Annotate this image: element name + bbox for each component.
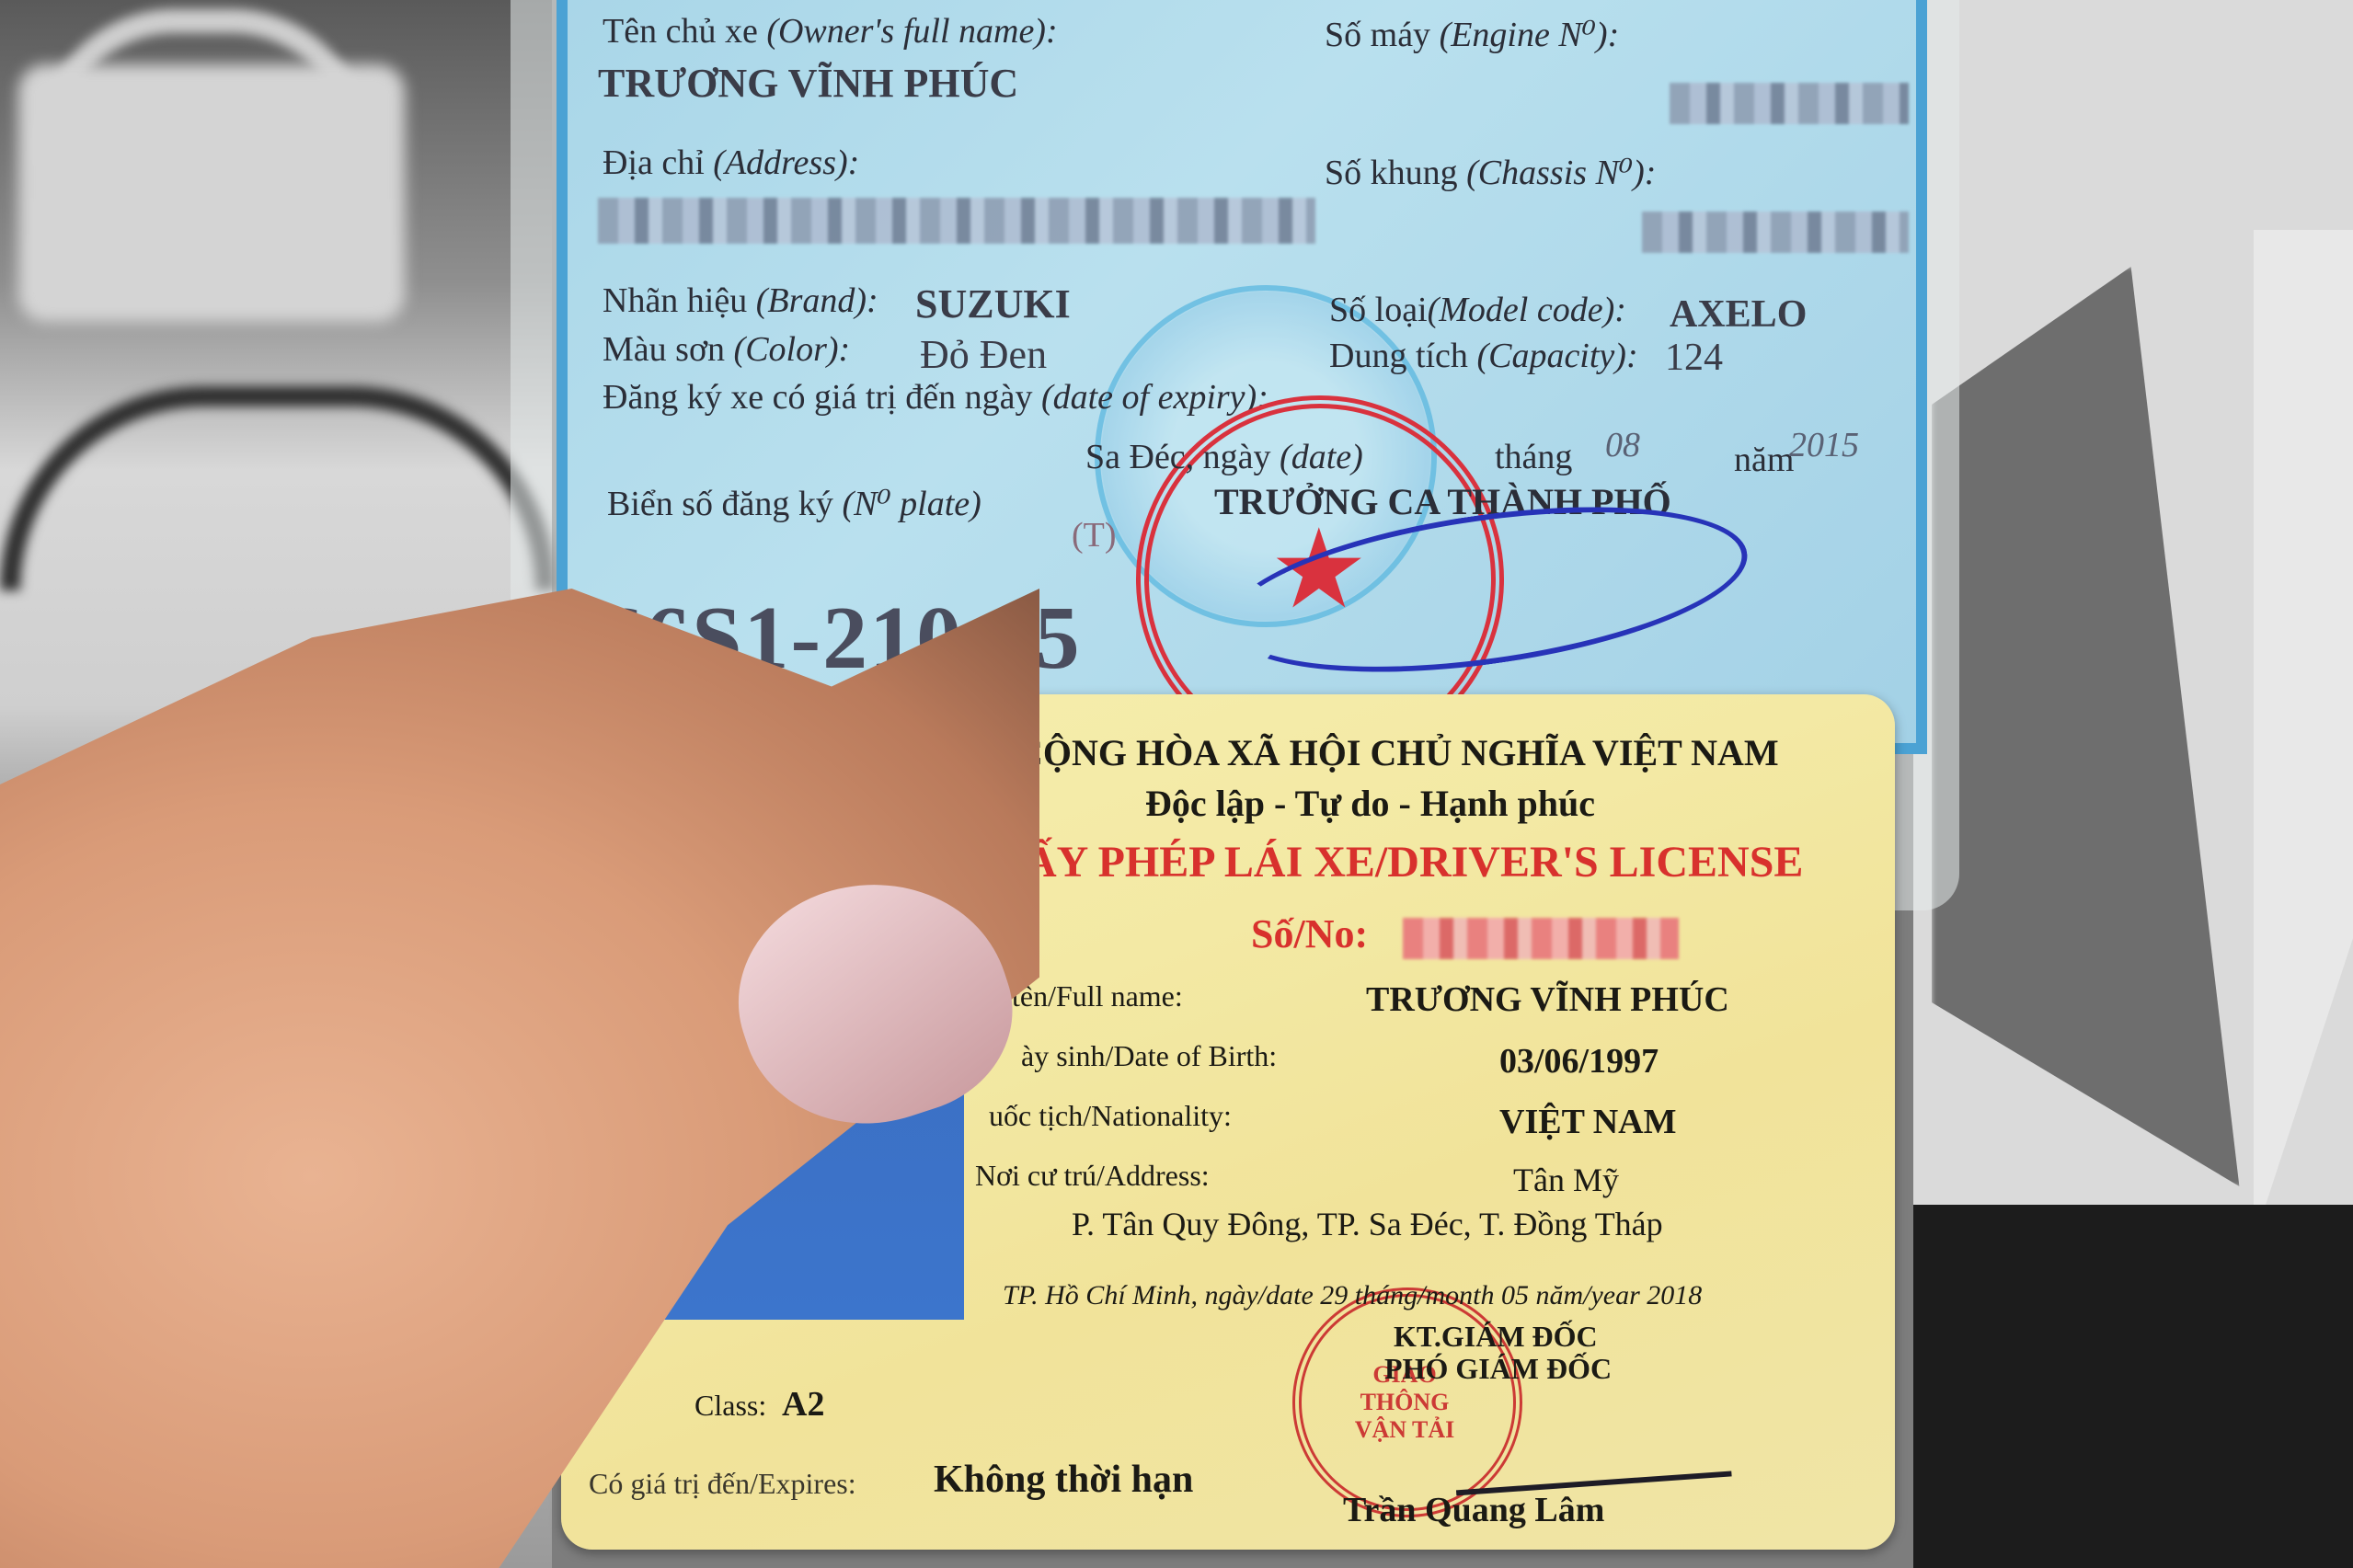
address-line1: Tân Mỹ [1513,1161,1619,1199]
chassis-redacted [1642,212,1909,253]
signer-title2: PHÓ GIÁM ĐỐC [1384,1352,1612,1386]
name-value: TRƯƠNG VĨNH PHÚC [1366,979,1729,1020]
background-floor [1913,1205,2353,1568]
address-label: Địa chỉ (Address): [603,143,859,183]
chassis-label: Số khung (Chassis N⁰): [1325,152,1656,193]
engine-redacted [1670,83,1909,124]
license-title: GIẤY PHÉP LÁI XE/DRIVER'S LICENSE [973,837,1803,887]
issue-month-label: tháng [1495,437,1572,477]
capacity-label: Dung tích (Capacity): [1329,336,1638,376]
color-label: Màu sơn (Color): [603,329,850,370]
dob-value: 03/06/1997 [1499,1041,1659,1082]
expires-label: Có giá trị đến/Expires: [589,1467,856,1501]
signer-title1: KT.GIÁM ĐỐC [1394,1320,1598,1354]
model-label: Số loại(Model code): [1329,290,1626,330]
issue-line: TP. Hồ Chí Minh, ngày/date 29 tháng/mont… [1003,1280,1702,1311]
expires-value: Không thời hạn [934,1458,1193,1502]
class-value: A2 [782,1384,824,1425]
country-header: CỘNG HÒA XÃ HỘI CHỦ NGHĨA VIỆT NAM [1016,731,1779,774]
signer-name: Trần Quang Lâm [1343,1490,1604,1530]
owner-label: Tên chủ xe (Owner's full name): [603,11,1058,52]
owner-name: TRƯƠNG VĨNH PHÚC [598,60,1018,107]
engine-label: Số máy (Engine N⁰): [1325,14,1619,55]
model-value: AXELO [1670,292,1807,337]
dob-label: ày sinh/Date of Birth: [1021,1039,1277,1073]
number-label: Số/No: [1251,910,1368,957]
capacity-value: 124 [1665,336,1723,380]
address-label: Nơi cư trú/Address: [975,1159,1210,1193]
issue-year-label: năm [1734,440,1794,480]
brand-value: SUZUKI [915,280,1071,327]
nationality-value: VIỆT NAM [1499,1102,1677,1142]
class-label: Class: [694,1389,766,1423]
address-line2: P. Tân Quy Đông, TP. Sa Đéc, T. Đồng Thá… [1072,1205,1663,1243]
brand-label: Nhãn hiệu (Brand): [603,280,878,321]
issue-month: 08 [1605,425,1640,465]
motto: Độc lập - Tự do - Hạnh phúc [1145,782,1595,825]
address-redacted [598,198,1315,244]
background-bag [18,64,405,322]
initial-mark: (T) [1072,515,1117,555]
expiry-label: Đăng ký xe có giá trị đến ngày (date of … [603,377,1268,418]
nationality-label: uốc tịch/Nationality: [989,1099,1232,1133]
number-redacted [1403,918,1679,959]
issue-year: 2015 [1789,425,1859,465]
issue-place: Sa Đéc, ngày (date) [1085,437,1363,477]
plate-label: Biển số đăng ký (N⁰ plate) [607,483,981,524]
name-label: tên/Full name: [1012,979,1183,1013]
color-value: Đỏ Đen [920,331,1047,378]
